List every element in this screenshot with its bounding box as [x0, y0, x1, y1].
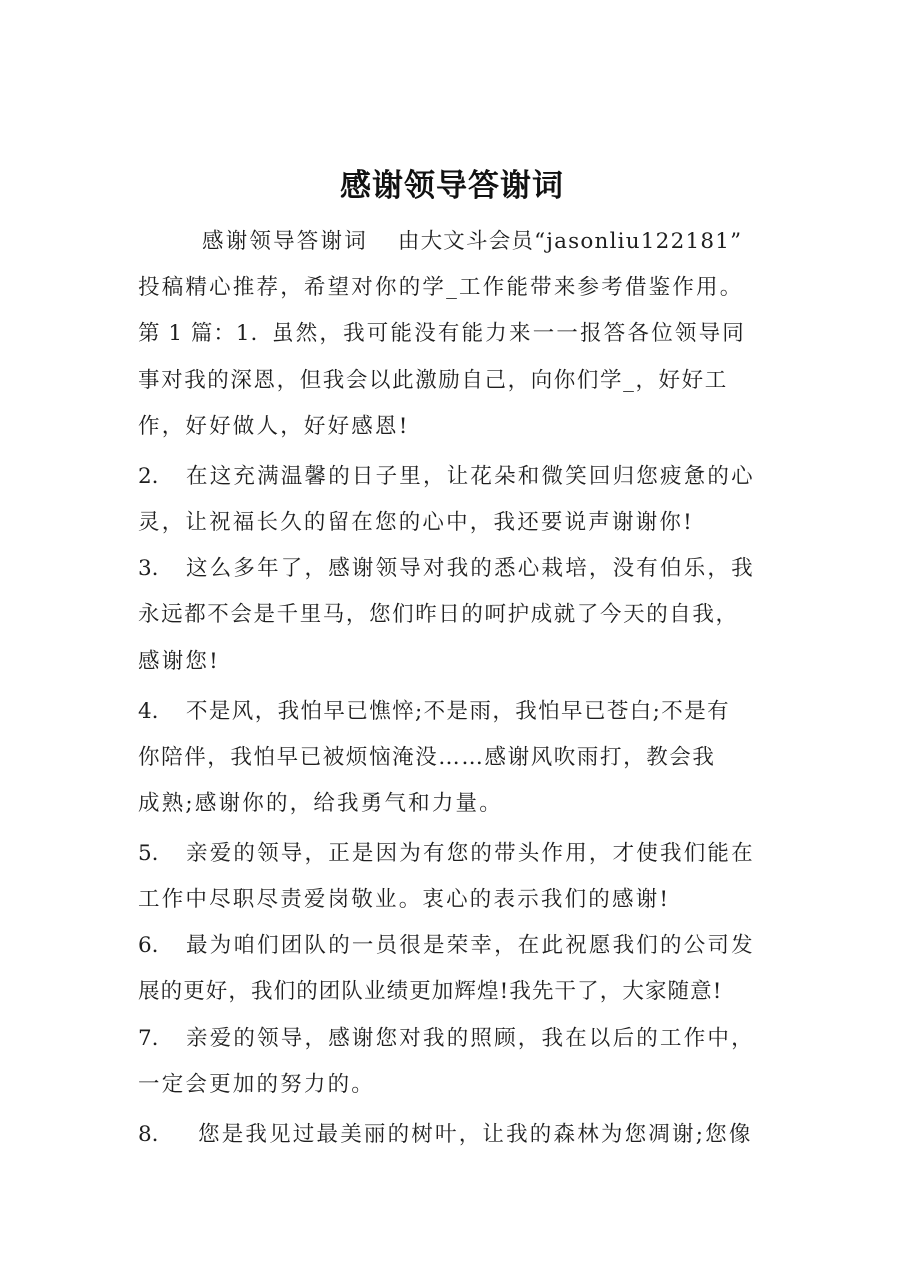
- item-1-line-1: 第 1 篇：1.虽然，我可能没有能力来一一报答各位领导同: [138, 314, 778, 360]
- item-text: 永远都不会是千里马，您们昨日的呵护成就了今天的自我，: [138, 602, 739, 627]
- item-2-line-2: 灵，让祝福长久的留在您的心中，我还要说声谢谢你!: [138, 503, 778, 549]
- item-6-line-1: 6.最为咱们团队的一员很是荣幸，在此祝愿我们的公司发: [138, 926, 778, 972]
- intro-author-text: 由大文斗会员“jasonliu122181”: [398, 229, 742, 254]
- intro-recommend-text: 投稿精心推荐，希望对你的学_工作能带来参考借鉴作用。: [138, 275, 743, 300]
- item-4-line-3: 成熟;感谢你的，给我勇气和力量。: [138, 784, 778, 834]
- section-label: 第 1 篇：1.: [138, 314, 272, 354]
- document-page: 感谢领导答谢词 感谢领导答谢词由大文斗会员“jasonliu122181” 投稿…: [0, 0, 904, 1280]
- item-number: 5.: [138, 834, 186, 874]
- item-number: 8.: [138, 1115, 198, 1155]
- item-text: 一定会更加的努力的。: [138, 1072, 375, 1097]
- item-5-line-2: 工作中尽职尽责爱岗敬业。衷心的表示我们的感谢!: [138, 880, 778, 926]
- item-text: 作，好好做人，好好感恩!: [138, 414, 410, 439]
- item-7-line-2: 一定会更加的努力的。: [138, 1065, 778, 1115]
- item-text: 灵，让祝福长久的留在您的心中，我还要说声谢谢你!: [138, 510, 694, 535]
- item-text: 亲爱的领导，正是因为有您的带头作用，才使我们能在: [186, 841, 755, 866]
- item-number: 3.: [138, 549, 186, 589]
- item-text: 你陪伴，我怕早已被烦恼淹没……感谢风吹雨打，教会我: [138, 745, 716, 770]
- document-title: 感谢领导答谢词: [0, 164, 904, 208]
- item-number: 6.: [138, 926, 186, 966]
- item-text: 在这充满温馨的日子里，让花朵和微笑回归您疲惫的心: [186, 464, 755, 489]
- item-text: 不是风，我怕早已憔悴;不是雨，我怕早已苍白;不是有: [186, 699, 730, 724]
- item-1-line-2: 事对我的深恩，但我会以此激励自己，向你们学_，好好工: [138, 361, 778, 407]
- item-2-line-1: 2.在这充满温馨的日子里，让花朵和微笑回归您疲惫的心: [138, 457, 778, 503]
- document-body: 感谢领导答谢词由大文斗会员“jasonliu122181” 投稿精心推荐，希望对…: [138, 222, 778, 1161]
- item-8-line-1: 8.您是我见过最美丽的树叶，让我的森林为您凋谢;您像: [138, 1115, 778, 1161]
- item-4-line-1: 4.不是风，我怕早已憔悴;不是雨，我怕早已苍白;不是有: [138, 692, 778, 738]
- item-text: 最为咱们团队的一员很是荣幸，在此祝愿我们的公司发: [186, 933, 755, 958]
- intro-line-2: 投稿精心推荐，希望对你的学_工作能带来参考借鉴作用。: [138, 268, 778, 314]
- item-5-line-1: 5.亲爱的领导，正是因为有您的带头作用，才使我们能在: [138, 834, 778, 880]
- item-1-line-3: 作，好好做人，好好感恩!: [138, 407, 778, 457]
- item-3-line-2: 永远都不会是千里马，您们昨日的呵护成就了今天的自我，: [138, 595, 778, 641]
- item-text: 展的更好，我们的团队业绩更加辉煌!我先干了，大家随意!: [138, 979, 722, 1004]
- item-6-line-2: 展的更好，我们的团队业绩更加辉煌!我先干了，大家随意!: [138, 972, 778, 1018]
- item-text: 虽然，我可能没有能力来一一报答各位领导同: [272, 321, 746, 346]
- item-text: 事对我的深恩，但我会以此激励自己，向你们学_，好好工: [138, 368, 728, 393]
- item-text: 成熟;感谢你的，给我勇气和力量。: [138, 791, 503, 816]
- intro-title-text: 感谢领导答谢词: [202, 229, 368, 254]
- item-number: 4.: [138, 692, 186, 732]
- item-text: 感谢您!: [138, 649, 220, 674]
- item-text: 这么多年了，感谢领导对我的悉心栽培，没有伯乐，我: [186, 556, 755, 581]
- item-number: 7.: [138, 1019, 186, 1059]
- item-text: 亲爱的领导，感谢您对我的照顾，我在以后的工作中，: [186, 1026, 755, 1051]
- item-3-line-1: 3.这么多年了，感谢领导对我的悉心栽培，没有伯乐，我: [138, 549, 778, 595]
- item-number: 2.: [138, 457, 186, 497]
- item-3-line-3: 感谢您!: [138, 642, 778, 692]
- item-4-line-2: 你陪伴，我怕早已被烦恼淹没……感谢风吹雨打，教会我: [138, 738, 778, 784]
- item-text: 工作中尽职尽责爱岗敬业。衷心的表示我们的感谢!: [138, 887, 670, 912]
- item-7-line-1: 7.亲爱的领导，感谢您对我的照顾，我在以后的工作中，: [138, 1019, 778, 1065]
- item-text: 您是我见过最美丽的树叶，让我的森林为您凋谢;您像: [198, 1122, 753, 1147]
- intro-line-1: 感谢领导答谢词由大文斗会员“jasonliu122181”: [138, 222, 778, 268]
